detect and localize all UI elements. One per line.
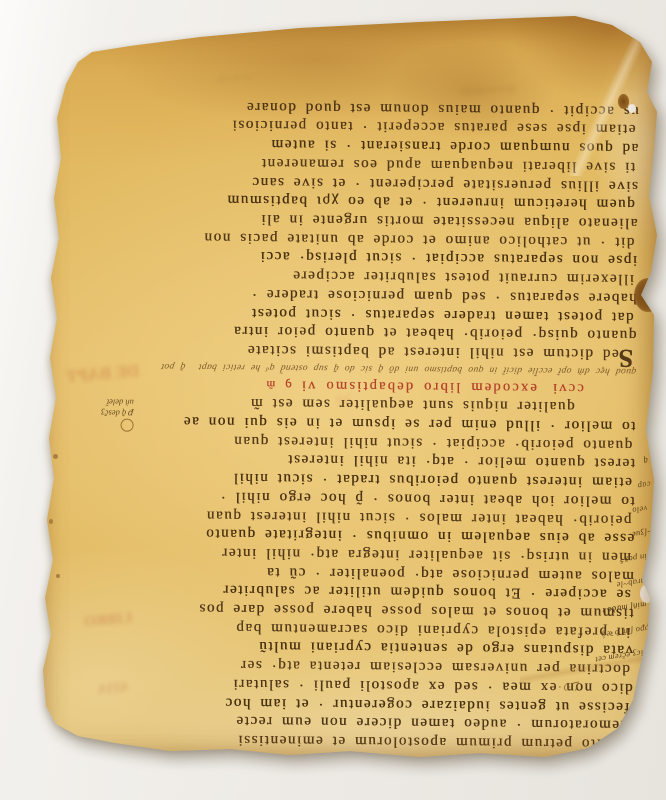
edge-notch bbox=[640, 584, 654, 603]
crease-mark bbox=[540, 26, 666, 176]
photo-backdrop: DE BAPTLIBROATIAquonam dset in eisVI ſic… bbox=[0, 0, 666, 800]
rubric-title: excodem libro debaptismo vi bbox=[300, 377, 537, 395]
parchment-leaf: DE BAPTLIBROATIAquonam dset in eisVI ſic… bbox=[40, 16, 658, 758]
binding-hole bbox=[53, 454, 58, 459]
folio-mark: ·o⁊ bbox=[557, 677, 581, 696]
parchment-hole-light bbox=[650, 288, 659, 302]
rubric-number: ccvi bbox=[551, 380, 584, 396]
crease-mark bbox=[520, 636, 666, 696]
binding-hole bbox=[56, 574, 60, 578]
excerpt-ccv-lines: merito petrum primum apostolorum et emin… bbox=[64, 392, 636, 753]
binding-hole bbox=[49, 519, 53, 524]
rubric-flourish: ꝯ m̃ bbox=[264, 378, 291, 390]
parchment-hole bbox=[634, 278, 662, 312]
parchment-hole-light bbox=[628, 104, 636, 113]
manuscript-leaf-wrapper: DE BAPTLIBROATIAquonam dset in eisVI ſic… bbox=[40, 16, 658, 758]
